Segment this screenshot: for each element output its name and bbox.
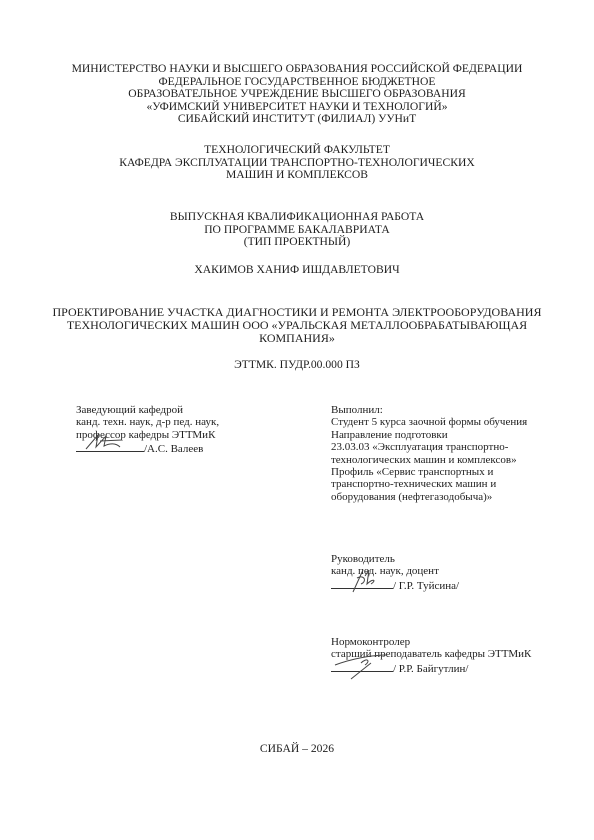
executor-line: Студент 5 курса заочной формы обучения	[331, 416, 581, 428]
signature-line	[331, 578, 393, 589]
author-line: ХАКИМОВ ХАНИФ ИШДАВЛЕТОВИЧ	[0, 264, 594, 277]
signature-line	[76, 441, 144, 452]
author-name: ХАКИМОВ ХАНИФ ИШДАВЛЕТОВИЧ	[0, 264, 594, 277]
header-line: СИБАЙСКИЙ ИНСТИТУТ (ФИЛИАЛ) УУНиТ	[0, 113, 594, 126]
supervisor-line: Руководитель	[331, 553, 581, 565]
supervisor-signature-row: / Г.Р. Туйсина/	[331, 578, 581, 592]
topic-line: ТЕХНОЛОГИЧЕСКИХ МАШИН ООО «УРАЛЬСКАЯ МЕТ…	[0, 319, 594, 332]
footer-line: СИБАЙ – 2026	[0, 743, 594, 756]
topic-line: КОМПАНИЯ»	[0, 332, 594, 345]
title-page: МИНИСТЕРСТВО НАУКИ И ВЫСШЕГО ОБРАЗОВАНИЯ…	[0, 0, 594, 840]
hod-signature-row: /А.С. Валеев	[76, 441, 316, 455]
norm-controller-block: Нормоконтролер старший преподаватель каф…	[331, 636, 581, 675]
faculty-block: ТЕХНОЛОГИЧЕСКИЙ ФАКУЛЬТЕТ КАФЕДРА ЭКСПЛУ…	[0, 144, 594, 182]
signature-icon	[76, 431, 136, 453]
signature-line	[331, 661, 393, 672]
document-code: ЭТТМК. ПУДР.00.000 ПЗ	[0, 359, 594, 372]
executor-line: Профиль «Сервис транспортных и	[331, 466, 581, 478]
executor-line: Выполнил:	[331, 404, 581, 416]
footer-city-year: СИБАЙ – 2026	[0, 743, 594, 756]
faculty-line: ТЕХНОЛОГИЧЕСКИЙ ФАКУЛЬТЕТ	[0, 144, 594, 157]
norm-signature-name: / Р.Р. Байгутлин/	[393, 663, 469, 675]
executor-line: Направление подготовки	[331, 429, 581, 441]
supervisor-block: Руководитель канд. пед. наук, доцент / Г…	[331, 553, 581, 592]
header-line: МИНИСТЕРСТВО НАУКИ И ВЫСШЕГО ОБРАЗОВАНИЯ…	[0, 63, 594, 76]
faculty-line: МАШИН И КОМПЛЕКСОВ	[0, 169, 594, 182]
hod-signature-name: /А.С. Валеев	[144, 443, 203, 455]
topic-line: ПРОЕКТИРОВАНИЕ УЧАСТКА ДИАГНОСТИКИ И РЕМ…	[0, 306, 594, 319]
executor-line: технологических машин и комплексов»	[331, 454, 581, 466]
norm-line: Нормоконтролер	[331, 636, 581, 648]
work-type-block: ВЫПУСКНАЯ КВАЛИФИКАЦИОННАЯ РАБОТА ПО ПРО…	[0, 211, 594, 249]
thesis-topic: ПРОЕКТИРОВАНИЕ УЧАСТКА ДИАГНОСТИКИ И РЕМ…	[0, 306, 594, 344]
executor-block: Выполнил: Студент 5 курса заочной формы …	[331, 404, 581, 503]
executor-line: оборудования (нефтегазодобыча)»	[331, 491, 581, 503]
head-of-department-block: Заведующий кафедрой канд. техн. наук, д-…	[76, 404, 316, 456]
header-line: ОБРАЗОВАТЕЛЬНОЕ УЧРЕЖДЕНИЕ ВЫСШЕГО ОБРАЗ…	[0, 88, 594, 101]
work-type-line: (ТИП ПРОЕКТНЫЙ)	[0, 236, 594, 249]
signature-icon	[331, 651, 393, 681]
ministry-header: МИНИСТЕРСТВО НАУКИ И ВЫСШЕГО ОБРАЗОВАНИЯ…	[0, 63, 594, 126]
hod-line: Заведующий кафедрой	[76, 404, 316, 416]
signature-icon	[331, 568, 391, 594]
norm-signature-row: / Р.Р. Байгутлин/	[331, 661, 581, 675]
work-type-line: ВЫПУСКНАЯ КВАЛИФИКАЦИОННАЯ РАБОТА	[0, 211, 594, 224]
hod-line: канд. техн. наук, д-р пед. наук,	[76, 416, 316, 428]
doc-code-line: ЭТТМК. ПУДР.00.000 ПЗ	[0, 359, 594, 372]
executor-line: 23.03.03 «Эксплуатация транспортно-	[331, 441, 581, 453]
supervisor-signature-name: / Г.Р. Туйсина/	[393, 580, 459, 592]
executor-line: транспортно-технических машин и	[331, 478, 581, 490]
